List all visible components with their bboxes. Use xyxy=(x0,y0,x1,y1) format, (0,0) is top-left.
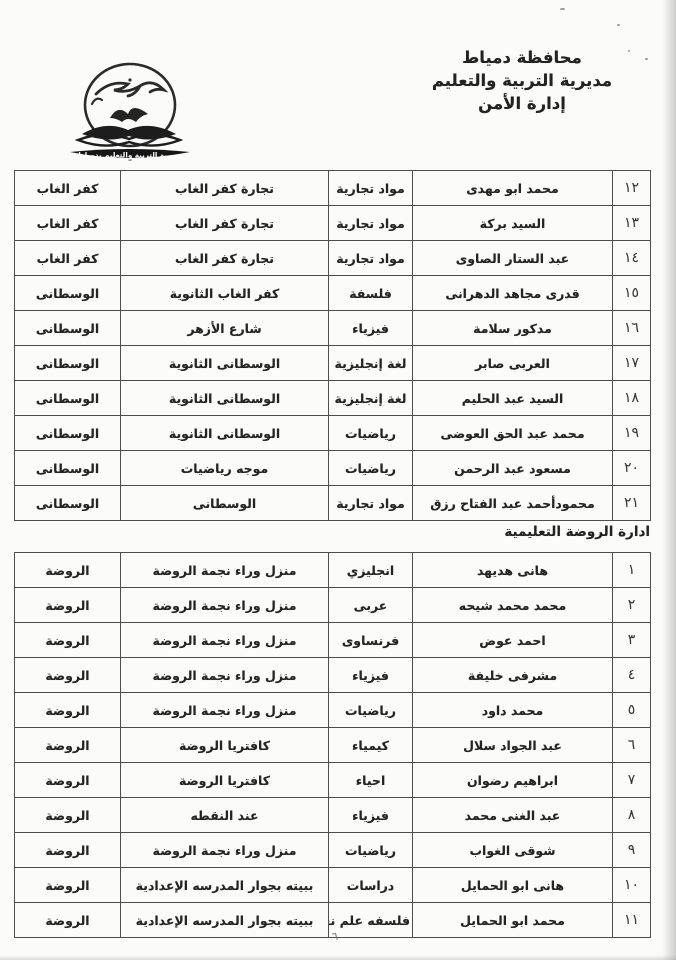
school-cell: كفر الغاب الثانوية xyxy=(121,276,329,311)
school-cell: كافتريا الروضة xyxy=(121,728,329,763)
subject-cell: مواد تجارية xyxy=(329,171,413,206)
row-number-cell: ٨ xyxy=(613,798,651,833)
row-number-cell: ٥ xyxy=(613,693,651,728)
district-cell: الوسطانى xyxy=(15,486,121,521)
row-number-cell: ١٥ xyxy=(613,276,651,311)
row-number-cell: ١٨ xyxy=(613,381,651,416)
table-row: ١٠ هانى ابو الحمايل دراسات ببيته بجوار ا… xyxy=(15,868,651,903)
scan-speck xyxy=(617,24,620,26)
row-number-cell: ١٠ xyxy=(613,868,651,903)
table-row: ١٣ السيد بركة مواد تجارية تجارة كفر الغا… xyxy=(15,206,651,241)
school-cell: ببيته بجوار المدرسه الإعدادية xyxy=(121,903,329,938)
subject-cell: فلسفه علم نفس xyxy=(329,903,413,938)
subject-cell: مواد تجارية xyxy=(329,206,413,241)
table-row: ٦ عبد الجواد سلال كيمياء كافتريا الروضة … xyxy=(15,728,651,763)
school-cell: منزل وراء نجمة الروضة xyxy=(121,833,329,868)
scanned-document-page: محافظة دمياط مديرية التربية والتعليم إدا… xyxy=(0,0,676,960)
table-row: ٩ شوقى الغواب رياضيات منزل وراء نجمة الر… xyxy=(15,833,651,868)
table-row: ١٥ قدرى مجاهد الدهرانى فلسفة كفر الغاب ا… xyxy=(15,276,651,311)
subject-cell: فلسفة xyxy=(329,276,413,311)
district-cell: الروضة xyxy=(15,553,121,588)
teacher-name-cell: ابراهيم رضوان xyxy=(413,763,613,798)
school-cell: الوسطانى xyxy=(121,486,329,521)
subject-cell: فيزياء xyxy=(329,658,413,693)
table-row: ١٤ عبد الستار الصاوى مواد تجارية تجارة ك… xyxy=(15,241,651,276)
scan-edge-shadow xyxy=(662,0,676,960)
row-number-cell: ١٧ xyxy=(613,346,651,381)
table-row: ١٢ محمد ابو مهدى مواد تجارية تجارة كفر ا… xyxy=(15,171,651,206)
subject-cell: فيزياء xyxy=(329,798,413,833)
district-cell: الروضة xyxy=(15,833,121,868)
subject-cell: رياضيات xyxy=(329,693,413,728)
stamp-caption: مديرية التربية والتعليم بدمياط xyxy=(77,151,182,160)
teacher-name-cell: محمد ابو الحمايل xyxy=(413,903,613,938)
scan-bottom-shadow xyxy=(0,955,676,960)
teacher-name-cell: احمد عوض xyxy=(413,623,613,658)
stamp-emblem-icon: مديرية التربية والتعليم بدمياط xyxy=(52,60,208,168)
table-row: ٧ ابراهيم رضوان احياء كافتريا الروضة الر… xyxy=(15,763,651,798)
school-cell: ببيته بجوار المدرسه الإعدادية xyxy=(121,868,329,903)
subject-cell: رياضيات xyxy=(329,451,413,486)
school-cell: منزل وراء نجمة الروضة xyxy=(121,658,329,693)
district-cell: الوسطانى xyxy=(15,311,121,346)
district-cell: الوسطانى xyxy=(15,381,121,416)
teacher-name-cell: مسعود عبد الرحمن xyxy=(413,451,613,486)
district-cell: الروضة xyxy=(15,728,121,763)
teacher-name-cell: محمد عبد الحق العوضى xyxy=(413,416,613,451)
district-cell: الروضة xyxy=(15,623,121,658)
row-number-cell: ١٦ xyxy=(613,311,651,346)
school-cell: موجه رياضيات xyxy=(121,451,329,486)
school-cell: منزل وراء نجمة الروضة xyxy=(121,693,329,728)
row-number-cell: ١٩ xyxy=(613,416,651,451)
school-cell: منزل وراء نجمة الروضة xyxy=(121,553,329,588)
letterhead: محافظة دمياط مديرية التربية والتعليم إدا… xyxy=(372,46,672,115)
table-row: ١٨ السيد عبد الحليم لغة إنجليزية الوسطان… xyxy=(15,381,651,416)
district-cell: الروضة xyxy=(15,798,121,833)
subject-cell: فيزياء xyxy=(329,311,413,346)
subject-cell: دراسات xyxy=(329,868,413,903)
teachers-table-section1: ١٢ محمد ابو مهدى مواد تجارية تجارة كفر ا… xyxy=(14,170,651,521)
row-number-cell: ٢ xyxy=(613,588,651,623)
subject-cell: رياضيات xyxy=(329,416,413,451)
table-row: ٨ عبد الغنى محمد فيزياء عند النقطه الروض… xyxy=(15,798,651,833)
school-cell: منزل وراء نجمة الروضة xyxy=(121,588,329,623)
subject-cell: مواد تجارية xyxy=(329,241,413,276)
teacher-name-cell: السيد بركة xyxy=(413,206,613,241)
subject-cell: انجليزي xyxy=(329,553,413,588)
district-cell: الوسطانى xyxy=(15,346,121,381)
row-number-cell: ٣ xyxy=(613,623,651,658)
subject-cell: مواد تجارية xyxy=(329,486,413,521)
table-row: ٢١ محمودأحمد عبد الفتاح رزق مواد تجارية … xyxy=(15,486,651,521)
teacher-name-cell: قدرى مجاهد الدهرانى xyxy=(413,276,613,311)
subject-cell: كيمياء xyxy=(329,728,413,763)
row-number-cell: ٧ xyxy=(613,763,651,798)
teacher-name-cell: هانى هديهد xyxy=(413,553,613,588)
district-cell: الوسطانى xyxy=(15,451,121,486)
teacher-name-cell: هانى ابو الحمايل xyxy=(413,868,613,903)
row-number-cell: ٢٠ xyxy=(613,451,651,486)
teachers-table-section2: ١ هانى هديهد انجليزي منزل وراء نجمة الرو… xyxy=(14,552,651,938)
teacher-name-cell: عبد الجواد سلال xyxy=(413,728,613,763)
teacher-name-cell: محمودأحمد عبد الفتاح رزق xyxy=(413,486,613,521)
teacher-name-cell: محمد محمد شيحه xyxy=(413,588,613,623)
district-cell: الروضة xyxy=(15,903,121,938)
table-row: ١٦ مدكور سلامة فيزياء شارع الأزهر الوسطا… xyxy=(15,311,651,346)
school-cell: شارع الأزهر xyxy=(121,311,329,346)
subject-cell: لغة إنجليزية xyxy=(329,346,413,381)
school-cell: منزل وراء نجمة الروضة xyxy=(121,623,329,658)
subject-cell: رياضيات xyxy=(329,833,413,868)
teacher-name-cell: السيد عبد الحليم xyxy=(413,381,613,416)
subject-cell: فرنساوى xyxy=(329,623,413,658)
letterhead-governorate: محافظة دمياط xyxy=(372,46,672,69)
school-cell: الوسطانى الثانوية xyxy=(121,346,329,381)
table-row: ٤ مشرفى خليفة فيزياء منزل وراء نجمة الرو… xyxy=(15,658,651,693)
district-cell: الروضة xyxy=(15,868,121,903)
district-cell: الروضة xyxy=(15,658,121,693)
row-number-cell: ٦ xyxy=(613,728,651,763)
row-number-cell: ١١ xyxy=(613,903,651,938)
teacher-name-cell: مشرفى خليفة xyxy=(413,658,613,693)
school-cell: تجارة كفر الغاب xyxy=(121,171,329,206)
subject-cell: لغة إنجليزية xyxy=(329,381,413,416)
table-row: ١٧ العربى صابر لغة إنجليزية الوسطانى الث… xyxy=(15,346,651,381)
teacher-name-cell: مدكور سلامة xyxy=(413,311,613,346)
subject-cell: احياء xyxy=(329,763,413,798)
table-row: ٥ محمد داود رياضيات منزل وراء نجمة الروض… xyxy=(15,693,651,728)
district-cell: الوسطانى xyxy=(15,276,121,311)
teacher-name-cell: العربى صابر xyxy=(413,346,613,381)
school-cell: الوسطانى الثانوية xyxy=(121,381,329,416)
letterhead-department: إدارة الأمن xyxy=(372,92,672,115)
table-row: ١ هانى هديهد انجليزي منزل وراء نجمة الرو… xyxy=(15,553,651,588)
school-cell: عند النقطه xyxy=(121,798,329,833)
row-number-cell: ٤ xyxy=(613,658,651,693)
table-row: ١٩ محمد عبد الحق العوضى رياضيات الوسطانى… xyxy=(15,416,651,451)
teacher-name-cell: شوقى الغواب xyxy=(413,833,613,868)
ministry-stamp-logo: مديرية التربية والتعليم بدمياط xyxy=(52,60,208,168)
district-cell: الروضة xyxy=(15,693,121,728)
school-cell: تجارة كفر الغاب xyxy=(121,206,329,241)
row-number-cell: ١٣ xyxy=(613,206,651,241)
district-cell: الروضة xyxy=(15,588,121,623)
table-row: ٢ محمد محمد شيحه عربى منزل وراء نجمة الر… xyxy=(15,588,651,623)
school-cell: كافتريا الروضة xyxy=(121,763,329,798)
table-row: ٣ احمد عوض فرنساوى منزل وراء نجمة الروضة… xyxy=(15,623,651,658)
row-number-cell: ٢١ xyxy=(613,486,651,521)
subject-cell: عربى xyxy=(329,588,413,623)
district-cell: الوسطانى xyxy=(15,416,121,451)
district-cell: كفر الغاب xyxy=(15,206,121,241)
row-number-cell: ١٢ xyxy=(613,171,651,206)
teacher-name-cell: عبد الستار الصاوى xyxy=(413,241,613,276)
row-number-cell: ١٤ xyxy=(613,241,651,276)
school-cell: تجارة كفر الغاب xyxy=(121,241,329,276)
table-row: ٢٠ مسعود عبد الرحمن رياضيات موجه رياضيات… xyxy=(15,451,651,486)
teacher-name-cell: محمد ابو مهدى xyxy=(413,171,613,206)
teacher-name-cell: عبد الغنى محمد xyxy=(413,798,613,833)
teacher-name-cell: محمد داود xyxy=(413,693,613,728)
scan-speck xyxy=(560,8,565,10)
district-cell: كفر الغاب xyxy=(15,171,121,206)
district-cell: كفر الغاب xyxy=(15,241,121,276)
district-cell: الروضة xyxy=(15,763,121,798)
school-cell: الوسطانى الثانوية xyxy=(121,416,329,451)
letterhead-directorate: مديرية التربية والتعليم xyxy=(372,69,672,92)
section-title-rawda-administration: ادارة الروضة التعليمية xyxy=(440,524,650,540)
row-number-cell: ٩ xyxy=(613,833,651,868)
row-number-cell: ١ xyxy=(613,553,651,588)
